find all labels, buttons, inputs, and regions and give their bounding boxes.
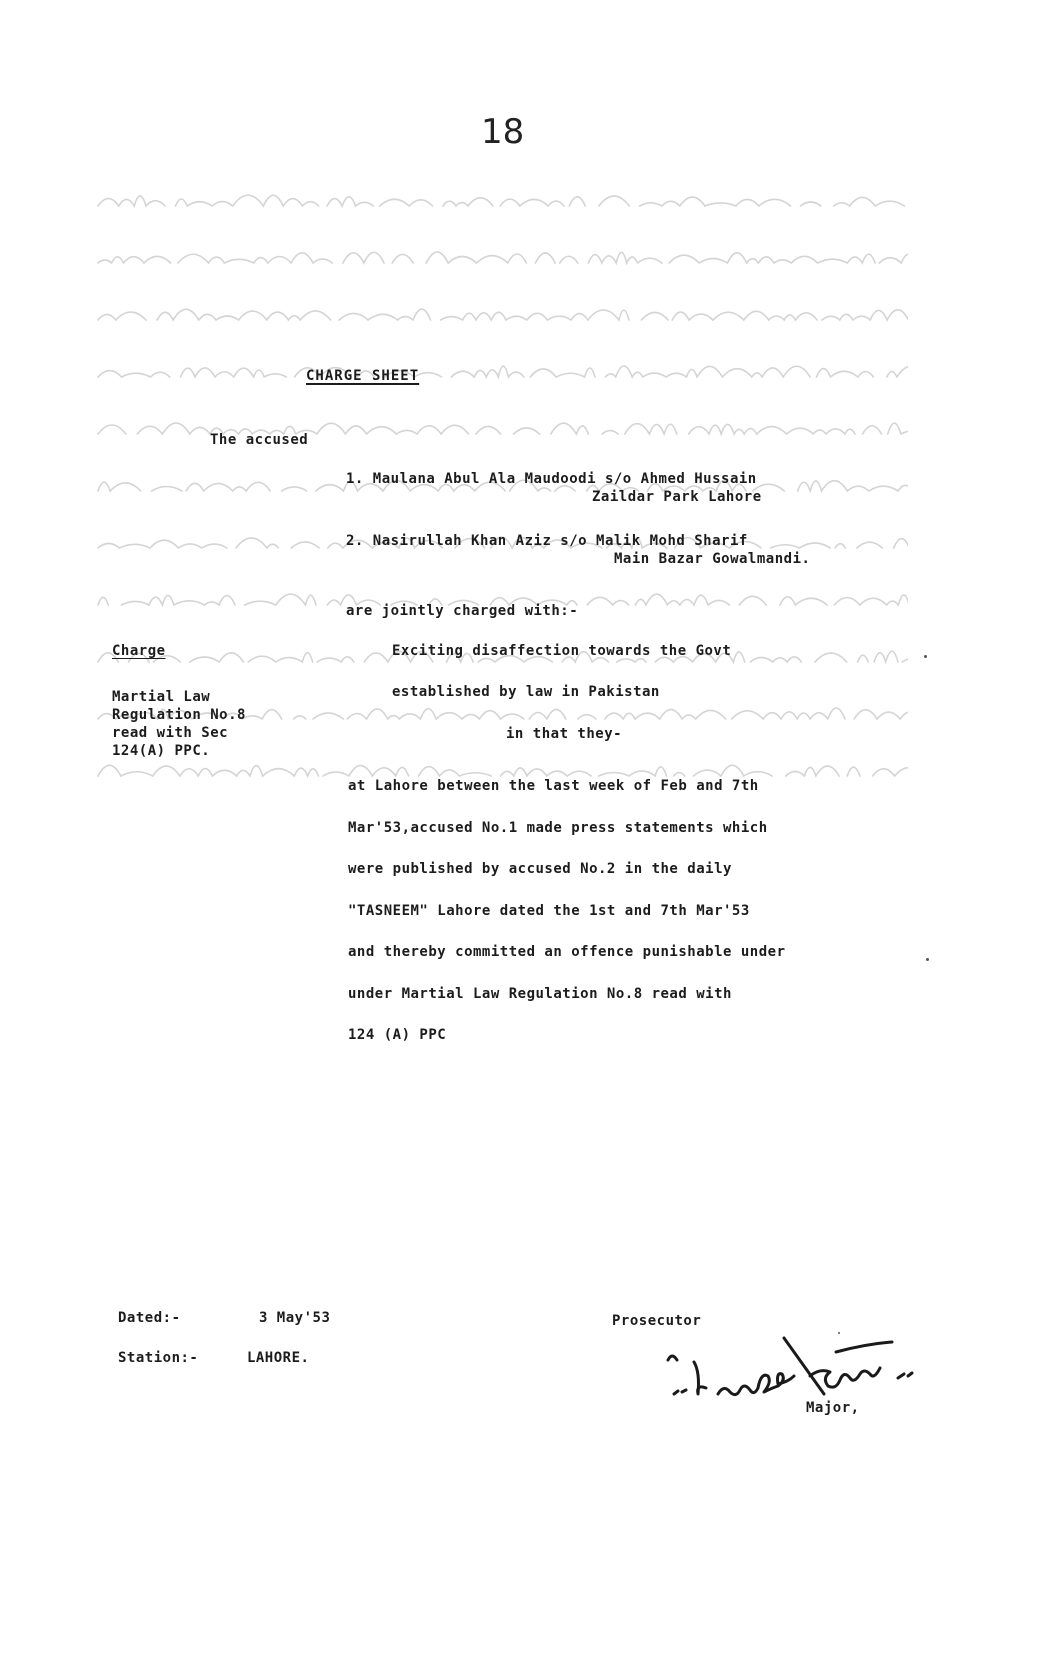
particulars-line: were published by accused No.2 in the da… [348,849,948,891]
charge-connector: in that they- [506,726,622,742]
particulars-line: "TASNEEM" Lahore dated the 1st and 7th M… [348,891,948,933]
accused-intro: The accused [210,432,308,448]
particulars-line: 124 (A) PPC [348,1015,948,1057]
dated-field: Dated:- 3 May'53 [118,1310,330,1326]
photocopy-speck [838,1332,840,1334]
accused-name: Maulana Abul Ala Maudoodi s/o Ahmed Huss… [373,471,757,487]
charge-particulars: at Lahore between the last week of Feb a… [348,766,948,1057]
accused-index: 1. [346,471,364,487]
charge-statement-line: established by law in Pakistan [392,684,660,700]
margin-note-line: 124(A) PPC. [112,742,312,760]
charge-margin-note: Martial Law Regulation No.8 read with Se… [112,688,312,760]
margin-note-line: Martial Law [112,688,312,706]
margin-note-line: Regulation No.8 [112,706,312,724]
photocopy-speck [926,958,929,961]
prosecutor-rank: Major, [806,1400,860,1416]
dated-value: 3 May'53 [259,1310,330,1326]
jointly-charged-text: are jointly charged with:- [346,603,578,619]
accused-address: Main Bazar Gowalmandi. [346,550,810,568]
document-title: CHARGE SHEET [306,368,419,384]
station-field: Station:- LAHORE. [118,1350,309,1366]
particulars-line: under Martial Law Regulation No.8 read w… [348,974,948,1016]
station-value: LAHORE. [247,1350,310,1366]
particulars-line: Mar'53,accused No.1 made press statement… [348,808,948,850]
accused-index: 2. [346,533,364,549]
particulars-line: at Lahore between the last week of Feb a… [348,766,948,808]
accused-name: Nasirullah Khan Aziz s/o Malik Mohd Shar… [373,533,748,549]
photocopy-speck [924,655,927,658]
charge-statement-line: Exciting disaffection towards the Govt [392,643,731,659]
prosecutor-label: Prosecutor [612,1313,701,1329]
dated-label: Dated:- [118,1310,250,1326]
accused-address: Zaildar Park Lahore [346,488,762,506]
accused-entry: 2. Nasirullah Khan Aziz s/o Malik Mohd S… [346,532,810,568]
charge-margin-heading: Charge [112,643,166,659]
prosecutor-signature [660,1332,940,1422]
margin-note-line: read with Sec [112,724,312,742]
station-label: Station:- [118,1350,238,1366]
particulars-line: and thereby committed an offence punisha… [348,932,948,974]
accused-entry: 1. Maulana Abul Ala Maudoodi s/o Ahmed H… [346,470,762,506]
page-number: 18 [481,112,524,152]
